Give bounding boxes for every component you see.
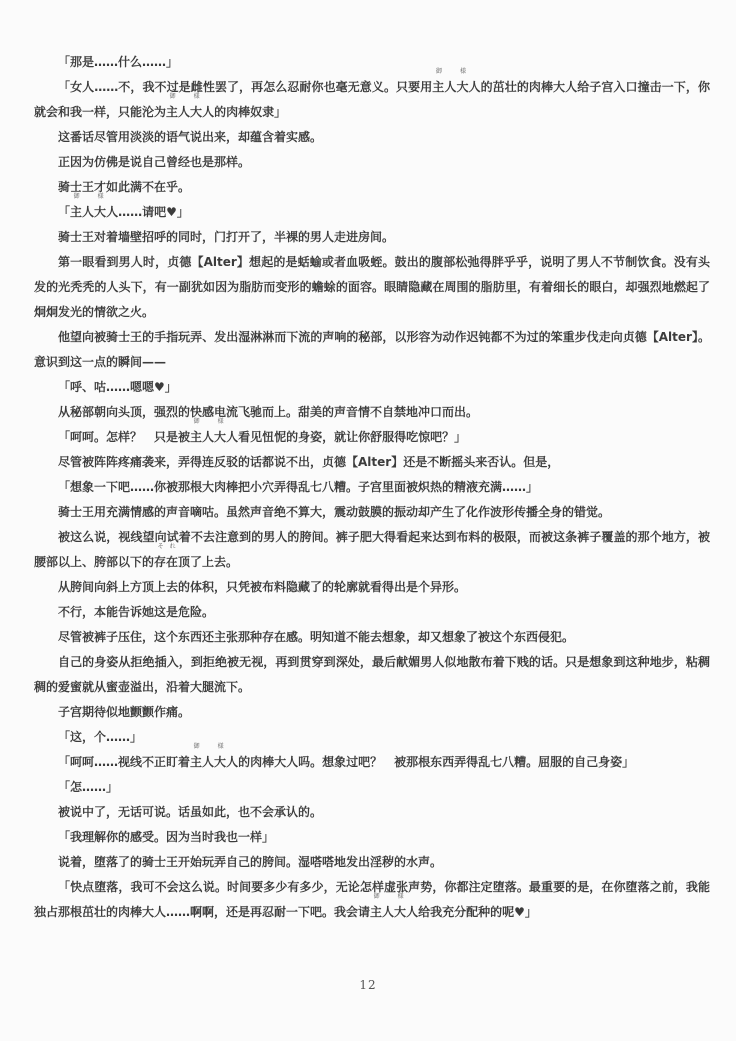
- paragraph: 从胯间向斜上方顶上去的体积，只凭被布料隐藏了的轮廓就看得出是个异形。: [34, 575, 710, 600]
- text-run: 被说中了，无话可说。话虽如此，也不会承认的。: [58, 805, 322, 819]
- paragraph: 「想象一下吧……你被那根大肉棒把小穴弄得乱七八糟。子宫里面被炽热的精液充满……」: [34, 475, 710, 500]
- text-run: 说着，堕落了的骑士王开始玩弄自己的胯间。湿嗒嗒地发出淫秽的水声。: [58, 855, 442, 869]
- text-run: 人看见忸怩的身姿，就让你舒服得吃惊吧？」: [226, 430, 466, 444]
- paragraph: 子宫期待似地颤颤作痛。: [34, 700, 710, 725]
- paragraph: 骑士王才如此满不在乎。: [34, 175, 710, 200]
- ruby-base-text: 大様: [456, 75, 468, 100]
- paragraph: 「怎……」: [34, 775, 710, 800]
- ruby-base-text: 主御: [370, 900, 382, 925]
- text-run: 第一眼看到男人时，贞德【Alter】想起的是蛞蝓或者血吸蛭。鼓出的腹部松弛得胖乎…: [34, 255, 710, 319]
- text-run: 人: [178, 105, 190, 119]
- paragraph: 第一眼看到男人时，贞德【Alter】想起的是蛞蝓或者血吸蛭。鼓出的腹部松弛得胖乎…: [34, 250, 710, 325]
- text-run: 顶了上去。: [178, 555, 238, 569]
- ruby-base-text: 主御: [190, 425, 202, 450]
- ruby-base-text: 主御: [166, 100, 178, 125]
- text-run: 从胯间向斜上方顶上去的体积，只凭被布料隐藏了的轮廓就看得出是个异形。: [58, 580, 466, 594]
- ruby-annotation: 様: [398, 894, 404, 900]
- page-footer: 12: [0, 974, 736, 993]
- ruby-annotation: 御: [170, 94, 176, 100]
- ruby-base-text: 主御: [70, 200, 82, 225]
- paragraph: 自己的身姿从拒绝插入，到拒绝被无视，再到贯穿到深处，最后献媚男人似地散布着下贱的…: [34, 650, 710, 700]
- ruby-annotation: そ: [158, 544, 164, 550]
- paragraph: 「主御人大様人……请吧♥」: [34, 200, 710, 225]
- text-run: 尽管被阵阵疼痛袭来，弄得连反驳的话都说不出，贞德【Alter】还是不断摇头来否认…: [58, 455, 559, 469]
- text-run: 人: [444, 80, 456, 94]
- ruby-base-text: 大様: [94, 200, 106, 225]
- text-run: 人的肉棒奴隶」: [202, 105, 286, 119]
- ruby-base-text: 在れ: [166, 550, 178, 575]
- paragraph: 骑士王用充满情感的声音嘀咕。虽然声音绝不算大，震动鼓膜的振动却产生了化作波形传播…: [34, 500, 710, 525]
- paragraph: 「呵呵……视线不正盯着主御人大様人的肉棒大人吗。想象过吧？ 被那根东西弄得乱七八…: [34, 750, 710, 775]
- text-run: 骑士王用充满情感的声音嘀咕。虽然声音绝不算大，震动鼓膜的振动却产生了化作波形传播…: [58, 505, 610, 519]
- ruby-annotation: 様: [218, 744, 224, 750]
- paragraph: 「这，个……」: [34, 725, 710, 750]
- paragraph: 被这么说，视线望向试着不去注意到的男人的胯间。裤子肥大得看起来达到布料的极限，而…: [34, 525, 710, 575]
- paragraph: 尽管被裤子压住，这个东西还主张那种存在感。明知道不能去想象，却又想象了被这个东西…: [34, 625, 710, 650]
- text-run: 人: [82, 205, 94, 219]
- ruby-annotation: 様: [98, 194, 104, 200]
- text-run: 他望向被骑士王的手指玩弄、发出湿淋淋而下流的声响的秘部，以形容为动作迟钝都不为过…: [34, 330, 710, 369]
- text-run: 骑士王对着墙壁招呼的同时，门打开了，半裸的男人走进房间。: [58, 230, 394, 244]
- paragraph: 不行，本能告诉她这是危险。: [34, 600, 710, 625]
- ruby-annotation: 御: [194, 419, 200, 425]
- text-run: 人的肉棒大人吗。想象过吧？ 被那根东西弄得乱七八糟。屈服的自己身姿」: [226, 755, 634, 769]
- text-run: 人: [202, 430, 214, 444]
- text-run: 人: [202, 755, 214, 769]
- paragraph: 「那是……什么……」: [34, 50, 710, 75]
- page-number: 12: [359, 978, 376, 992]
- text-run: 「我理解你的感受。因为当时我也一样」: [58, 830, 274, 844]
- ruby-annotation: 御: [374, 894, 380, 900]
- text-run: 尽管被裤子压住，这个东西还主张那种存在感。明知道不能去想象，却又想象了被这个东西…: [58, 630, 574, 644]
- text-run: 「怎……」: [58, 780, 118, 794]
- paragraph: 从秘部朝向头顶，强烈的快感电流飞驰而上。甜美的声音情不自禁地冲口而出。: [34, 400, 710, 425]
- ruby-annotation: 御: [194, 744, 200, 750]
- ruby-annotation: 御: [436, 69, 442, 75]
- paragraph: 「快点堕落，我可不会这么说。时间要多少有多少，无论怎样虚张声势，你都注定堕落。最…: [34, 875, 710, 925]
- text-run: 「想象一下吧……你被那根大肉棒把小穴弄得乱七八糟。子宫里面被炽热的精液充满……」: [58, 480, 538, 494]
- text-run: 「女人……不，我不过是雌性罢了，再怎么忍耐你也毫无意义。只要用: [58, 80, 432, 94]
- text-run: 从秘部朝向头顶，强烈的快感电流飞驰而上。甜美的声音情不自禁地冲口而出。: [58, 405, 478, 419]
- text-run: 不行，本能告诉她这是危险。: [58, 605, 214, 619]
- text-run: 子宫期待似地颤颤作痛。: [58, 705, 190, 719]
- text-run: 「那是……什么……」: [58, 55, 178, 69]
- ruby-base-text: 主御: [190, 750, 202, 775]
- ruby-annotation: 御: [74, 194, 80, 200]
- paragraph: 正因为仿佛是说自己曾经也是那样。: [34, 150, 710, 175]
- paragraph: 「女人……不，我不过是雌性罢了，再怎么忍耐你也毫无意义。只要用主御人大様人的茁壮…: [34, 75, 710, 125]
- paragraph: 尽管被阵阵疼痛袭来，弄得连反驳的话都说不出，贞德【Alter】还是不断摇头来否认…: [34, 450, 710, 475]
- text-run: 「呵呵。怎样？ 只是被: [58, 430, 190, 444]
- text-run: 「呵呵……视线不正盯着: [58, 755, 190, 769]
- paragraph: 他望向被骑士王的手指玩弄、发出湿淋淋而下流的声响的秘部，以形容为动作迟钝都不为过…: [34, 325, 710, 375]
- ruby-base-text: 大様: [394, 900, 406, 925]
- ruby-annotation: 様: [460, 69, 466, 75]
- paragraph: 「我理解你的感受。因为当时我也一样」: [34, 825, 710, 850]
- text-run: 这番话尽管用淡淡的语气说出来，却蕴含着实感。: [58, 130, 322, 144]
- text-run: 正因为仿佛是说自己曾经也是那样。: [58, 155, 250, 169]
- ruby-annotation: 様: [218, 419, 224, 425]
- text-run: 人给我充分配种的呢♥」: [406, 905, 537, 919]
- text-run: 人……请吧♥」: [106, 205, 189, 219]
- text-run: 自己的身姿从拒绝插入，到拒绝被无视，再到贯穿到深处，最后献媚男人似地散布着下贱的…: [34, 655, 710, 694]
- paragraph: 被说中了，无话可说。话虽如此，也不会承认的。: [34, 800, 710, 825]
- page-body: 「那是……什么……」「女人……不，我不过是雌性罢了，再怎么忍耐你也毫无意义。只要…: [34, 50, 710, 925]
- ruby-base-text: 大様: [190, 100, 202, 125]
- paragraph: 这番话尽管用淡淡的语气说出来，却蕴含着实感。: [34, 125, 710, 150]
- text-run: 人: [382, 905, 394, 919]
- paragraph: 「呼、咕……嗯嗯♥」: [34, 375, 710, 400]
- ruby-annotation: れ: [170, 544, 176, 550]
- ruby-base-text: 大様: [214, 425, 226, 450]
- ruby-base-text: 大様: [214, 750, 226, 775]
- text-run: 骑士王才如此满不在乎。: [58, 180, 190, 194]
- text-run: 「: [58, 205, 70, 219]
- paragraph: 骑士王对着墙壁招呼的同时，门打开了，半裸的男人走进房间。: [34, 225, 710, 250]
- ruby-base-text: 主御: [432, 75, 444, 100]
- paragraph: 说着，堕落了的骑士王开始玩弄自己的胯间。湿嗒嗒地发出淫秽的水声。: [34, 850, 710, 875]
- text-run: 「呼、咕……嗯嗯♥」: [58, 380, 177, 394]
- ruby-base-text: 存そ: [154, 550, 166, 575]
- text-run: 被这么说，视线望向试着不去注意到的男人的胯间。裤子肥大得看起来达到布料的极限，而…: [34, 530, 710, 569]
- document-page: 「那是……什么……」「女人……不，我不过是雌性罢了，再怎么忍耐你也毫无意义。只要…: [0, 0, 736, 1041]
- ruby-annotation: 様: [194, 94, 200, 100]
- paragraph: 「呵呵。怎样？ 只是被主御人大様人看见忸怩的身姿，就让你舒服得吃惊吧？」: [34, 425, 710, 450]
- text-run: 「这，个……」: [58, 730, 142, 744]
